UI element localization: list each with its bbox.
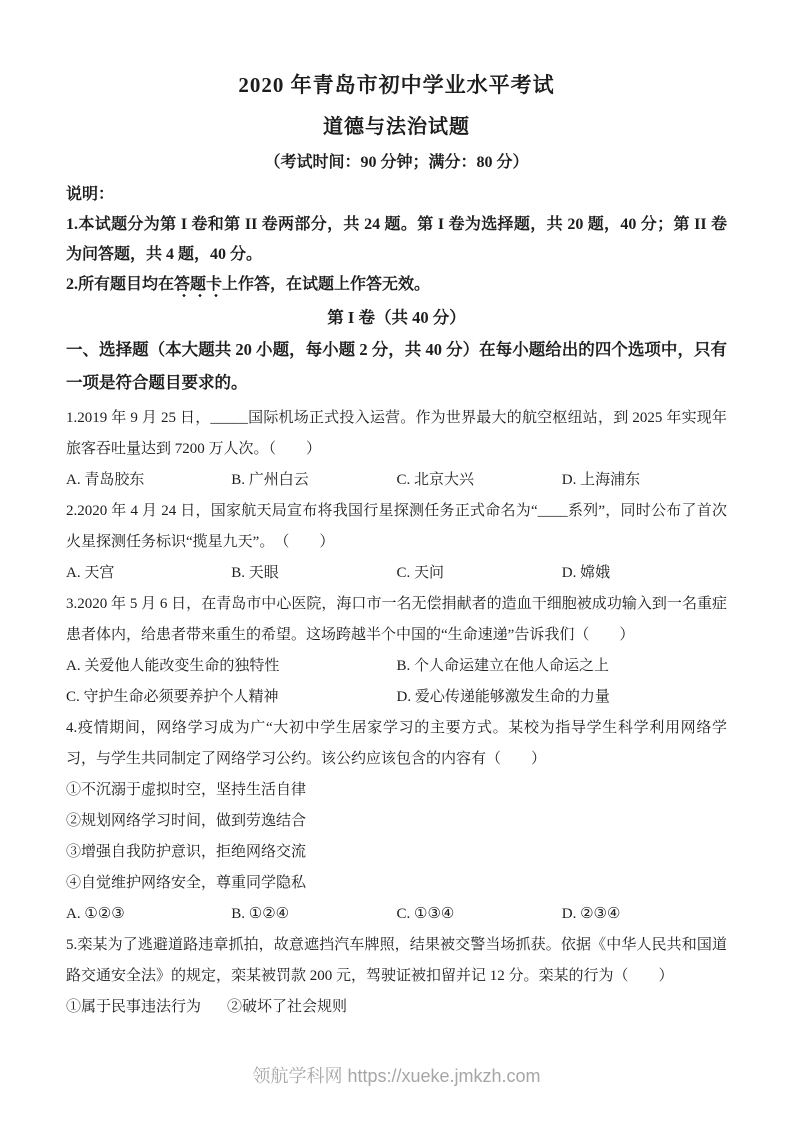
exam-document-page: 2020 年青岛市初中学业水平考试 道德与法治试题 （考试时间：90 分钟；满分… — [0, 0, 793, 1122]
question-1-option-d: D. 上海浦东 — [562, 465, 727, 496]
question-2-option-d: D. 嫦娥 — [562, 558, 727, 589]
instructions-heading: 说明： — [66, 180, 727, 210]
question-5-item-1: ①属于民事违法行为 — [66, 992, 201, 1023]
question-3-option-a: A. 关爱他人能改变生命的独特性 — [66, 651, 397, 682]
question-list: 1.2019 年 9 月 25 日，_____国际机场正式投入运营。作为世界最大… — [66, 403, 727, 1023]
question-3-option-b: B. 个人命运建立在他人命运之上 — [397, 651, 728, 682]
question-5: 5.栾某为了逃避道路违章抓拍，故意遮挡汽车牌照，结果被交警当场抓获。依据《中华人… — [66, 930, 727, 1023]
question-4-item-4: ④自觉维护网络安全，尊重同学隐私 — [66, 868, 727, 899]
exam-instructions: 说明： 1.本试题分为第 I 卷和第 II 卷两部分，共 24 题。第 I 卷为… — [66, 180, 727, 300]
question-4-options: A. ①②③ B. ①②④ C. ①③④ D. ②③④ — [66, 899, 727, 930]
watermark-text: 领航学科网 https://xueke.jmkzh.com — [252, 1066, 540, 1086]
instruction-2-emphasized-term: 答题卡 — [174, 276, 222, 298]
question-1-stem: 1.2019 年 9 月 25 日，_____国际机场正式投入运营。作为世界最大… — [66, 403, 727, 465]
question-4-option-b: B. ①②④ — [231, 899, 396, 930]
question-3-options: A. 关爱他人能改变生命的独特性 B. 个人命运建立在他人命运之上 C. 守护生… — [66, 651, 727, 713]
question-3-option-c: C. 守护生命必须要养护个人精神 — [66, 682, 397, 713]
question-2-option-c: C. 天问 — [397, 558, 562, 589]
exam-subtitle: 道德与法治试题 — [66, 114, 727, 140]
question-4-item-3: ③增强自我防护意识，拒绝网络交流 — [66, 837, 727, 868]
question-1-options: A. 青岛胶东 B. 广州白云 C. 北京大兴 D. 上海浦东 — [66, 465, 727, 496]
question-2-option-b: B. 天眼 — [231, 558, 396, 589]
instruction-2-suffix: 上作答，在试题上作答无效。 — [222, 276, 430, 293]
question-4-option-c: C. ①③④ — [397, 899, 562, 930]
question-1: 1.2019 年 9 月 25 日，_____国际机场正式投入运营。作为世界最大… — [66, 403, 727, 496]
question-2-stem: 2.2020 年 4 月 24 日，国家航天局宣布将我国行星探测任务正式命名为“… — [66, 496, 727, 558]
exam-title: 2020 年青岛市初中学业水平考试 — [66, 72, 727, 98]
question-1-option-a: A. 青岛胶东 — [66, 465, 231, 496]
section-1-heading: 第 I 卷（共 40 分） — [66, 302, 727, 333]
question-4-option-a: A. ①②③ — [66, 899, 231, 930]
instruction-2-prefix: 2.所有题目均在 — [66, 276, 174, 293]
question-4: 4.疫情期间，网络学习成为广“大初中学生居家学习的主要方式。某校为指导学生科学利… — [66, 713, 727, 930]
question-5-items: ①属于民事违法行为 ②破坏了社会规则 — [66, 992, 727, 1023]
instruction-1: 1.本试题分为第 I 卷和第 II 卷两部分，共 24 题。第 I 卷为选择题，… — [66, 210, 727, 270]
question-3-stem: 3.2020 年 5 月 6 日，在青岛市中心医院，海口市一名无偿捐献者的造血干… — [66, 589, 727, 651]
multiple-choice-intro: 一、选择题（本大题共 20 小题，每小题 2 分，共 40 分）在每小题给出的四… — [66, 333, 727, 399]
question-2-option-a: A. 天宫 — [66, 558, 231, 589]
watermark-footer: 领航学科网 https://xueke.jmkzh.com — [0, 1064, 793, 1088]
question-2: 2.2020 年 4 月 24 日，国家航天局宣布将我国行星探测任务正式命名为“… — [66, 496, 727, 589]
question-2-options: A. 天宫 B. 天眼 C. 天问 D. 嫦娥 — [66, 558, 727, 589]
question-4-option-d: D. ②③④ — [562, 899, 727, 930]
question-3-option-d: D. 爱心传递能够激发生命的力量 — [397, 682, 728, 713]
question-4-item-2: ②规划网络学习时间，做到劳逸结合 — [66, 806, 727, 837]
exam-time-score-line: （考试时间：90 分钟；满分：80 分） — [66, 152, 727, 174]
question-4-stem: 4.疫情期间，网络学习成为广“大初中学生居家学习的主要方式。某校为指导学生科学利… — [66, 713, 727, 775]
question-3: 3.2020 年 5 月 6 日，在青岛市中心医院，海口市一名无偿捐献者的造血干… — [66, 589, 727, 713]
question-5-stem: 5.栾某为了逃避道路违章抓拍，故意遮挡汽车牌照，结果被交警当场抓获。依据《中华人… — [66, 930, 727, 992]
instruction-2: 2.所有题目均在答题卡上作答，在试题上作答无效。 — [66, 270, 727, 300]
question-1-option-b: B. 广州白云 — [231, 465, 396, 496]
question-1-option-c: C. 北京大兴 — [397, 465, 562, 496]
question-5-item-2: ②破坏了社会规则 — [227, 992, 347, 1023]
question-4-item-1: ①不沉溺于虚拟时空，坚持生活自律 — [66, 775, 727, 806]
